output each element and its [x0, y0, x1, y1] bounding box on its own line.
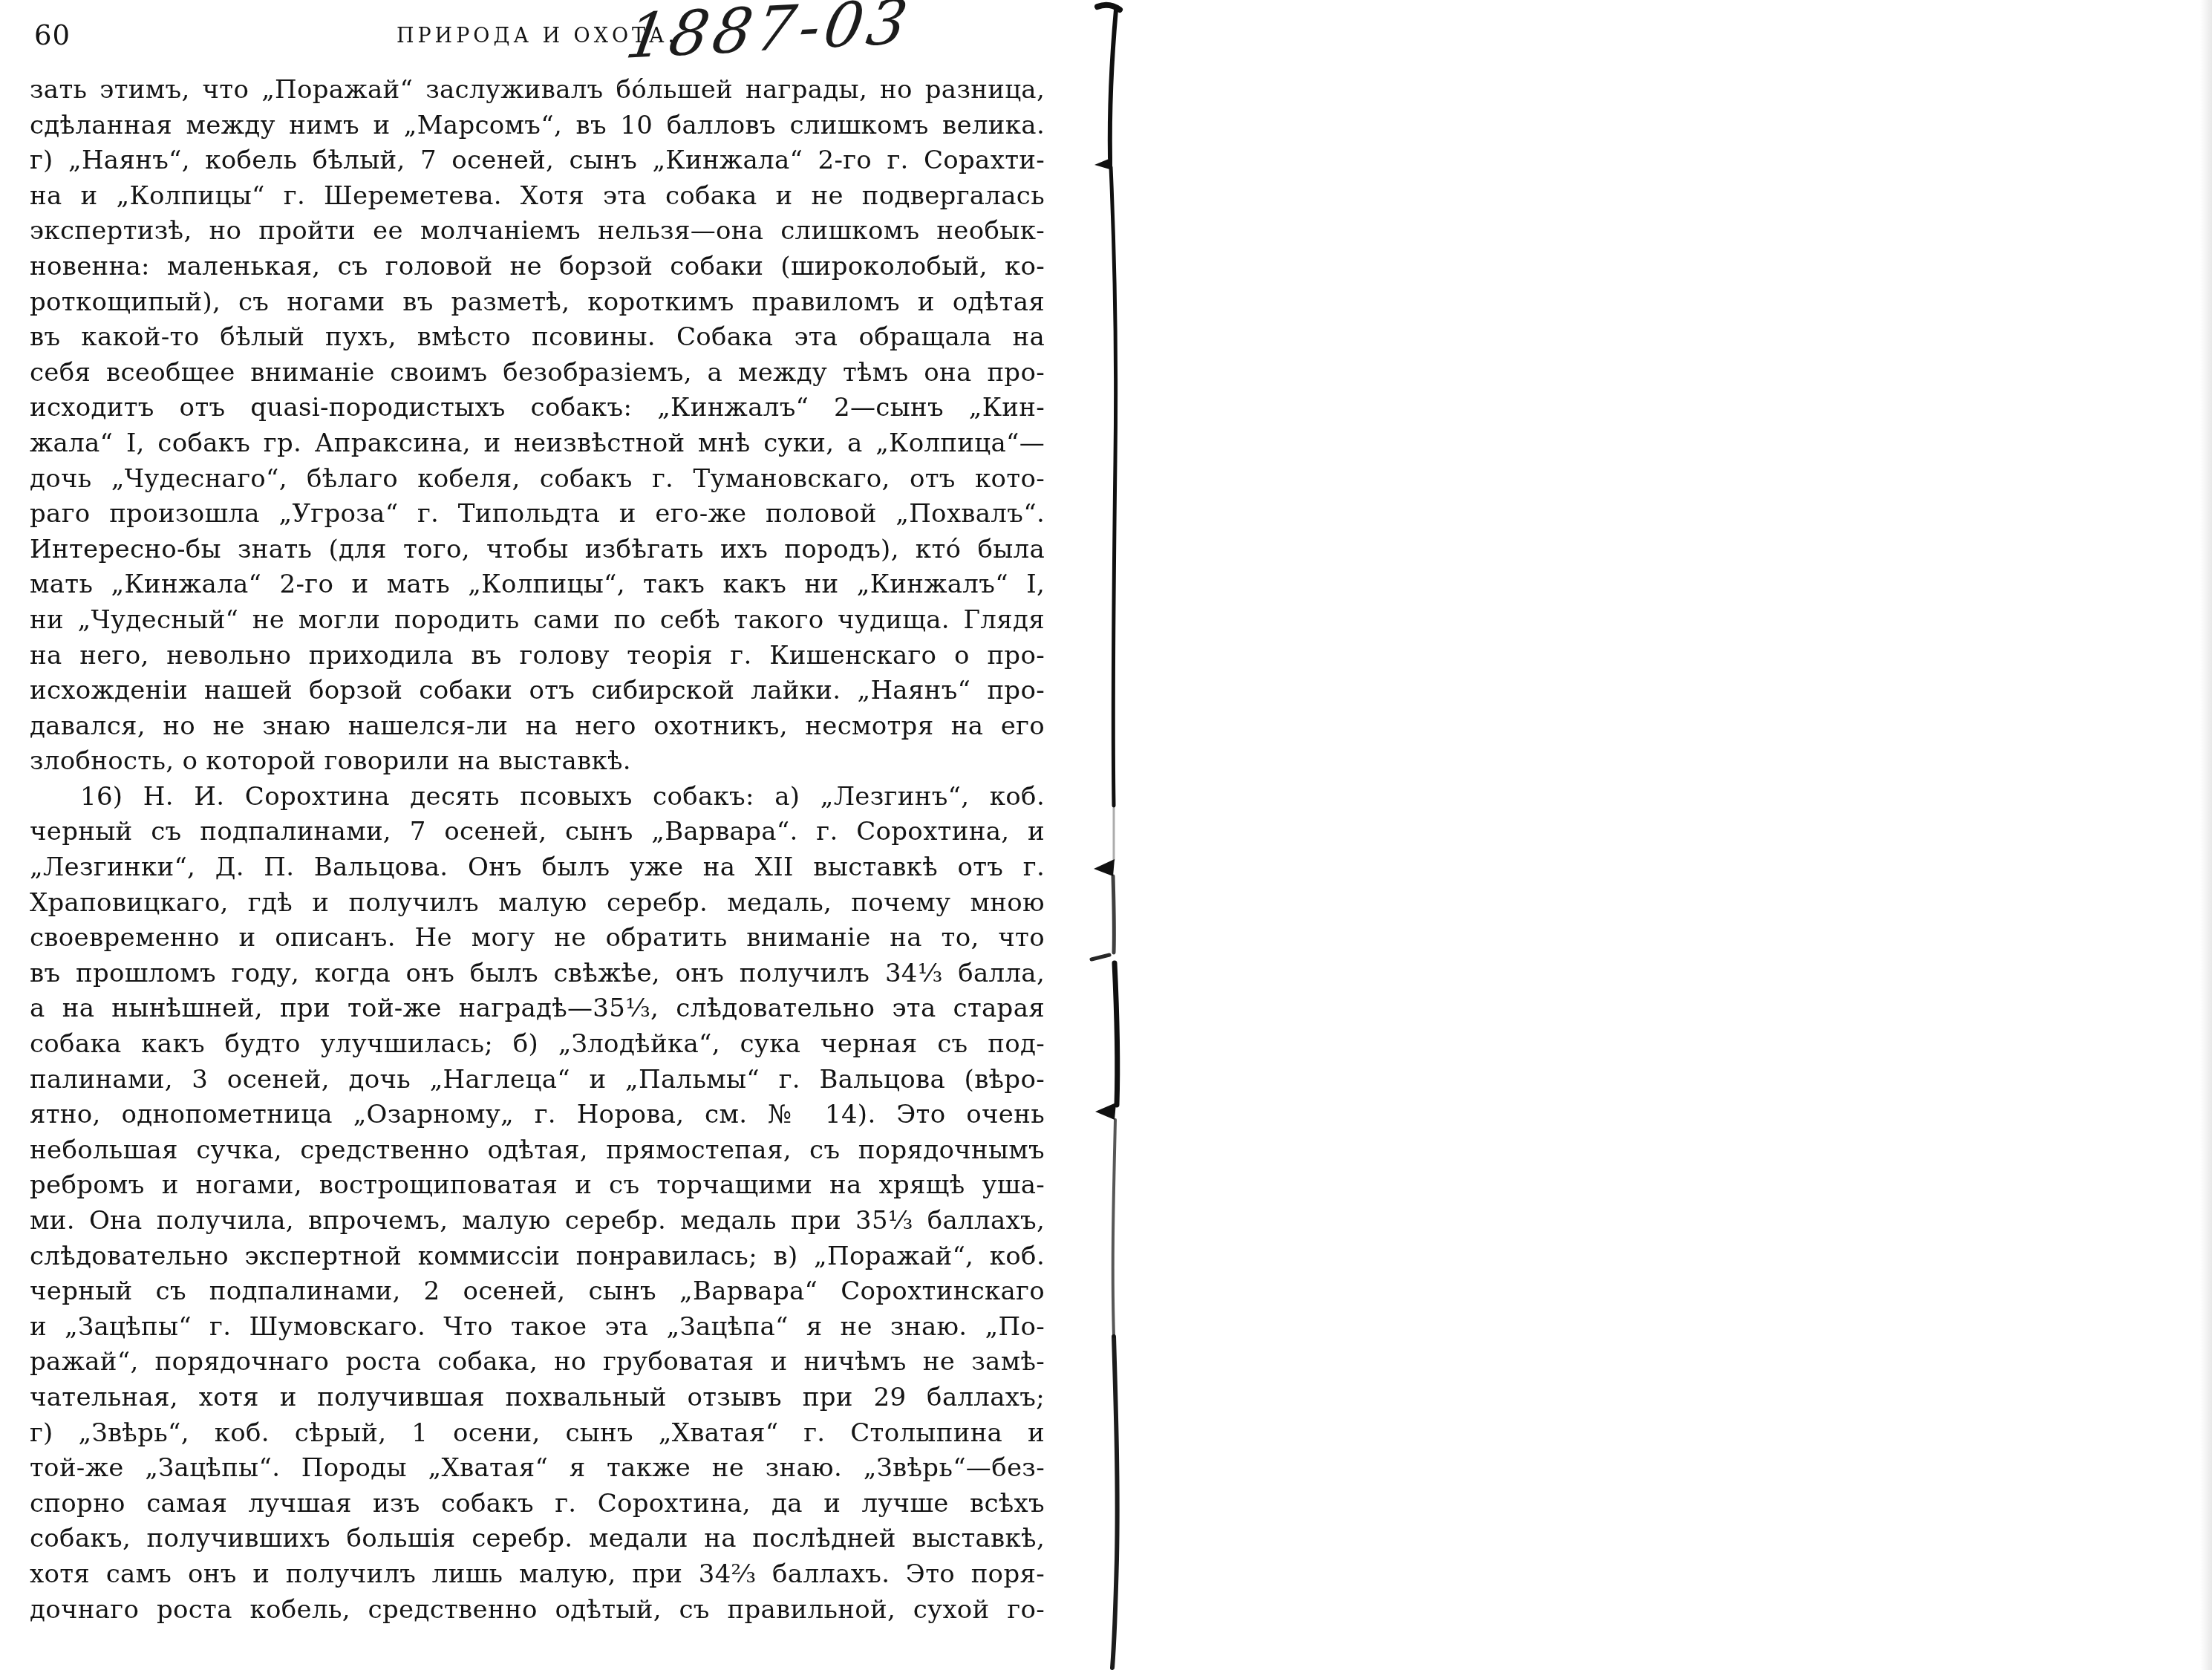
- text-line: той-же „Зацѣпы“. Породы „Хватая“ я также…: [30, 1451, 1045, 1487]
- text-line: спорно самая лучшая изъ собакъ г. Сорохт…: [30, 1487, 1045, 1522]
- text-line: дочь „Чудеснаго“, бѣлаго кобеля, собакъ …: [30, 462, 1045, 498]
- page-left: 60 ПРИРОДА И ОХОТА. 1887-03 зать этимъ, …: [0, 0, 1106, 1670]
- text-line: собакъ, получившихъ большія серебр. меда…: [30, 1521, 1045, 1557]
- text-line: исходитъ отъ quasi-породистыхъ собакъ: „…: [30, 391, 1045, 426]
- text-line: новенна: маленькая, съ головой не борзой…: [30, 249, 1045, 285]
- text-line: Храповицкаго, гдѣ и получилъ малую сереб…: [30, 886, 1045, 922]
- text-line: собака какъ будто улучшилась; б) „Злодѣй…: [30, 1027, 1045, 1063]
- text-line: а на нынѣшней, при той-же наградѣ—35¹⁄₃,…: [30, 991, 1045, 1027]
- text-line: въ какой-то бѣлый пухъ, вмѣсто псовины. …: [30, 320, 1045, 356]
- text-line: Интересно-бы знать (для того, чтобы избѣ…: [30, 532, 1045, 568]
- text-line: роткощипый), съ ногами въ разметѣ, корот…: [30, 285, 1045, 321]
- text-line: въ прошломъ году, когда онъ былъ свѣжѣе,…: [30, 956, 1045, 992]
- text-line: сдѣланная между нимъ и „Марсомъ“, въ 10 …: [30, 108, 1045, 144]
- text-line: черный съ подпалинами, 7 осеней, сынъ „В…: [30, 815, 1045, 850]
- text-line: и „Зацѣпы“ г. Шумовскаго. Что такое эта …: [30, 1310, 1045, 1346]
- text-line: 16) Н. И. Сорохтина десять псовыхъ собак…: [30, 780, 1045, 815]
- text-line: давался, но не знаю нашелся-ли на него о…: [30, 709, 1045, 745]
- text-line: экспертизѣ, но пройти ее молчаніемъ нель…: [30, 214, 1045, 249]
- text-line: злобность, о которой говорили на выставк…: [30, 744, 1045, 780]
- text-line: чательная, хотя и получившая похвальный …: [30, 1380, 1045, 1416]
- handwritten-annotation: 1887-03: [621, 0, 916, 73]
- book-scan-spread: { "left_page": { "page_number": "60", "r…: [0, 0, 2212, 1670]
- text-line: ни „Чудесный“ не могли породить сами по …: [30, 603, 1045, 639]
- text-line: дочнаго роста кобель, средственно одѣтый…: [30, 1593, 1045, 1628]
- text-line: мать „Кинжала“ 2-го и мать „Колпицы“, та…: [30, 567, 1045, 603]
- text-line: исхожденіи нашей борзой собаки отъ сибир…: [30, 673, 1045, 709]
- text-line: черный съ подпалинами, 2 осеней, сынъ „В…: [30, 1274, 1045, 1310]
- page-body-left: зать этимъ, что „Поражай“ заслуживалъ бо…: [30, 73, 1045, 1628]
- text-line: своевременно и описанъ. Не могу не обрат…: [30, 921, 1045, 956]
- text-line: г) „Звѣрь“, коб. сѣрый, 1 осени, сынъ „Х…: [30, 1416, 1045, 1452]
- text-line: жала“ I, собакъ гр. Апраксина, и неизвѣс…: [30, 426, 1045, 462]
- text-line: небольшая сучка, средственно одѣтая, пря…: [30, 1133, 1045, 1169]
- text-line: зать этимъ, что „Поражай“ заслуживалъ бо…: [30, 73, 1045, 108]
- text-line: слѣдовательно экспертной коммиссіи понра…: [30, 1239, 1045, 1275]
- text-line: „Лезгинки“, Д. П. Вальцова. Онъ былъ уже…: [30, 850, 1045, 886]
- text-line: на него, невольно приходила въ голову те…: [30, 639, 1045, 674]
- text-line: ребромъ и ногами, вострощиповатая и съ т…: [30, 1168, 1045, 1204]
- text-line: г) „Наянъ“, кобель бѣлый, 7 осеней, сынъ…: [30, 143, 1045, 179]
- scan-page-edge: [2200, 0, 2212, 1670]
- binding-fold-line: [1069, 0, 1158, 1670]
- page-right: XIII ОЧЕРЕДНАЯ ВЫСТАВКА. 61 ловой и щипц…: [1106, 0, 2212, 1670]
- text-line: ми. Она получила, впрочемъ, малую серебр…: [30, 1204, 1045, 1239]
- text-line: себя всеобщее вниманіе своимъ безобразіе…: [30, 356, 1045, 391]
- text-line: ятно, однопометница „Озарному„ г. Норова…: [30, 1097, 1045, 1133]
- text-line: палинами, 3 осеней, дочь „Наглеца“ и „Па…: [30, 1063, 1045, 1098]
- text-line: ражай“, порядочнаго роста собака, но гру…: [30, 1345, 1045, 1380]
- text-line: хотя самъ онъ и получилъ лишь малую, при…: [30, 1557, 1045, 1593]
- text-line: на и „Колпицы“ г. Шереметева. Хотя эта с…: [30, 179, 1045, 215]
- text-line: раго произошла „Угроза“ г. Типольдта и е…: [30, 497, 1045, 532]
